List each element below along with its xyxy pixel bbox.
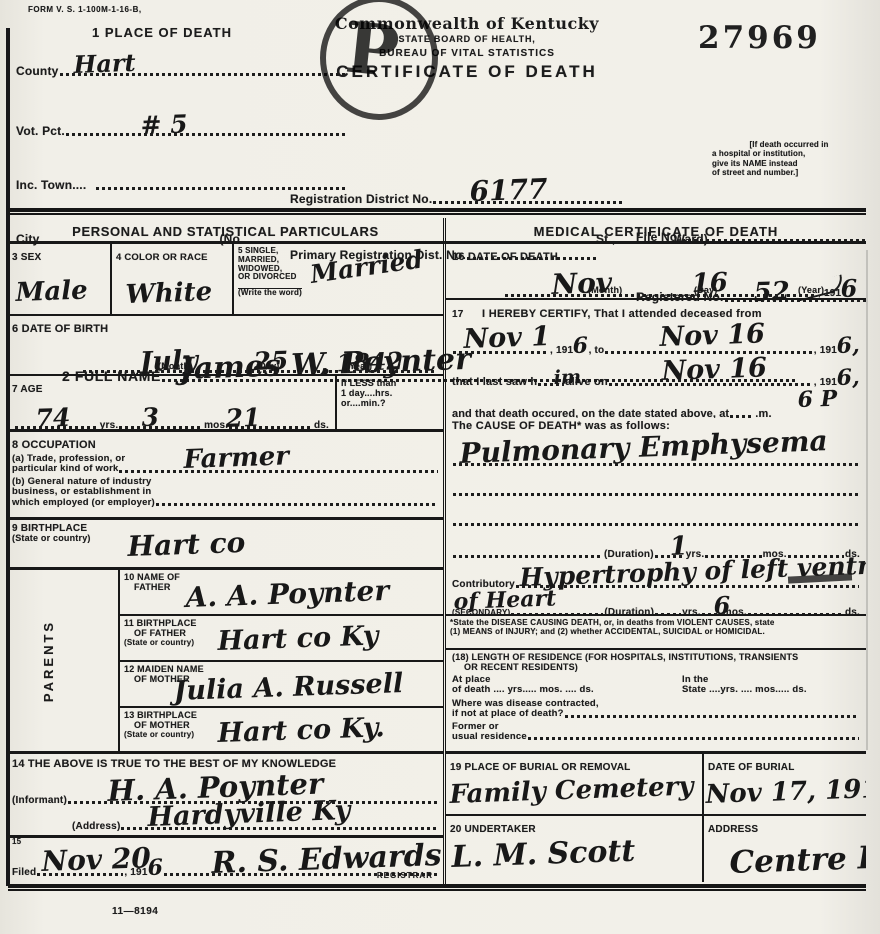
last-saw-line: that I last saw h alive on , 191 6, im N… bbox=[452, 370, 860, 388]
informant-label: (Informant) bbox=[12, 795, 67, 806]
death-certificate-scan: FORM V. S. 1-100M-1-16-B, 1 PLACE OF DEA… bbox=[0, 0, 880, 934]
contracted-line2: if not at place of death? bbox=[452, 709, 860, 719]
marital-label-5: (Write the word) bbox=[238, 288, 302, 298]
from-year-hw: 6 bbox=[573, 337, 589, 356]
contracted-dots bbox=[565, 715, 859, 718]
usual-residence-dots bbox=[528, 737, 859, 740]
county-field: County Hart bbox=[16, 54, 348, 78]
hospital-note-line1: [If death occurred in bbox=[712, 140, 866, 149]
registrar-label: REGISTRAR bbox=[377, 872, 433, 881]
occupation-a-field: particular kind of work Farmer bbox=[12, 464, 439, 474]
undertaker-address-value: Centre Ky bbox=[729, 844, 866, 876]
registrar-stamp: P bbox=[320, 0, 438, 120]
medical-title-row: MEDICAL CERTIFICATE OF DEATH bbox=[446, 218, 866, 244]
county-label: County bbox=[16, 65, 59, 78]
age-main-cell: 7 AGE yrs. mos. ds. 74 3 21 bbox=[8, 376, 335, 429]
dod-label: 16 DATE OF DEATH bbox=[452, 251, 558, 263]
dod-month-sublabel: (Month) bbox=[588, 286, 622, 296]
right-edge-line bbox=[866, 250, 868, 750]
saw-value: Nov 16 bbox=[661, 357, 767, 384]
age-line: yrs. mos. ds. 74 3 21 bbox=[14, 407, 329, 431]
occured-text: and that death occured, on the date stat… bbox=[452, 408, 729, 418]
certify-number: 17 bbox=[452, 309, 464, 320]
occupation-label: 8 OCCUPATION bbox=[12, 439, 96, 451]
age-label: 7 AGE bbox=[12, 384, 43, 395]
occupation-b-dots bbox=[156, 503, 438, 506]
mother-name-row: 12 MAIDEN NAME OF MOTHER Julia A. Russel… bbox=[120, 662, 443, 708]
plate-code: 11—8194 bbox=[112, 906, 158, 917]
birthplace-value: Hart co bbox=[127, 531, 246, 559]
parents-label: PARENTS bbox=[42, 619, 56, 701]
parents-side: PARENTS bbox=[8, 570, 118, 751]
cause-blank-dots-2 bbox=[453, 523, 859, 526]
father-name-value: A. A. Poynter bbox=[185, 579, 389, 610]
mother-birthplace-row: 13 BIRTHPLACE OF MOTHER (State or countr… bbox=[120, 708, 443, 752]
inc-town-label: Inc. Town.... bbox=[16, 179, 86, 192]
saw-him-hw: im bbox=[553, 369, 581, 386]
occupation-a-line2: particular kind of work bbox=[12, 464, 118, 474]
filed-field: Filed , 191 6 Nov 20 R. S. Edwards bbox=[12, 858, 439, 878]
medical-title: MEDICAL CERTIFICATE OF DEATH bbox=[534, 224, 779, 239]
age-mos-dots bbox=[119, 426, 203, 429]
dob-year-sublabel: (Year) bbox=[346, 362, 372, 372]
registration-district-value: 6177 bbox=[469, 177, 548, 204]
cause-blank-line-2 bbox=[452, 522, 860, 528]
informant-address-field: (Address) Hardyville Ky bbox=[72, 814, 437, 832]
birthplace-row: 9 BIRTHPLACE (State or country) Hart co bbox=[8, 520, 443, 570]
undertaker-cell: 20 UNDERTAKER L. M. Scott bbox=[446, 816, 704, 882]
attestation-label: 14 THE ABOVE IS TRUE TO THE BEST OF MY K… bbox=[12, 758, 439, 770]
informant-address-label: (Address) bbox=[72, 821, 120, 832]
place-of-death-label: 1 PLACE OF DEATH bbox=[92, 26, 232, 40]
cause-block: The CAUSE OF DEATH* was as follows: Pulm… bbox=[446, 418, 866, 616]
informant-address-value: Hardyville Ky bbox=[147, 800, 350, 830]
burial-date-value: Nov 17, 1916 bbox=[705, 777, 866, 806]
race-label: 4 COLOR OR RACE bbox=[116, 252, 208, 263]
age-note-cell: If LESS than 1 day....hrs. or....min.? bbox=[335, 376, 443, 429]
dob-day-sublabel: (Day) bbox=[256, 362, 280, 372]
death-occured-line: and that death occured, on the date stat… bbox=[452, 402, 860, 418]
occupation-a-value: Farmer bbox=[183, 445, 289, 471]
certify-text: I HEREBY CERTIFY, That I attended deceas… bbox=[482, 308, 762, 320]
contributory-value2: of Heart bbox=[453, 590, 556, 612]
footnote-block: *State the DISEASE CAUSING DEATH, or, in… bbox=[446, 616, 866, 650]
marital-cell: 5 SINGLE, MARRIED, WIDOWED, OR DIVORCED … bbox=[234, 244, 443, 314]
sex-cell: 3 SEX Male bbox=[8, 244, 112, 314]
attended-line: , 191 6 , to , 191 6, Nov 1 Nov 16 bbox=[452, 338, 860, 356]
undertaker-value: L. M. Scott bbox=[451, 838, 636, 870]
residence-block: (18) LENGTH OF RESIDENCE (FOR HOSPITALS,… bbox=[446, 650, 866, 754]
undertaker-address-label: ADDRESS bbox=[708, 824, 758, 835]
from-year-printed: , 191 bbox=[550, 345, 573, 356]
age-days-value: 21 bbox=[225, 407, 261, 429]
occupation-b-line3: which employed (or employer) bbox=[12, 498, 155, 508]
age-row: 7 AGE yrs. mos. ds. 74 3 21 If LESS tha bbox=[8, 376, 443, 432]
age-yrs-label: yrs. bbox=[100, 420, 119, 431]
saw-year-hw: 6, bbox=[836, 369, 860, 388]
hospital-note-line3: give its NAME instead bbox=[712, 159, 866, 168]
undertaker-row: 20 UNDERTAKER L. M. Scott ADDRESS Centre… bbox=[446, 816, 866, 882]
residence-label-2: OR RECENT RESIDENTS) bbox=[464, 663, 860, 673]
vot-pct-dotted-line bbox=[66, 133, 347, 136]
duration1-yrs-value: 1 bbox=[669, 535, 688, 558]
stamp-letter: P bbox=[342, 5, 403, 93]
father-name-row: 10 NAME OF FATHER A. A. Poynter bbox=[120, 570, 443, 616]
saw-pre: that I last saw h bbox=[452, 376, 537, 388]
bottom-rule bbox=[8, 884, 866, 891]
county-value: Hart bbox=[73, 52, 136, 75]
burial-date-label: DATE OF BURIAL bbox=[708, 762, 795, 773]
parents-content: 10 NAME OF FATHER A. A. Poynter 11 BIRTH… bbox=[118, 570, 443, 751]
to-label: , to bbox=[589, 345, 605, 356]
personal-column: PERSONAL AND STATISTICAL PARTICULARS 3 S… bbox=[8, 218, 446, 884]
dod-year-sublabel: (Year) bbox=[798, 286, 824, 296]
parents-block: PARENTS 10 NAME OF FATHER A. A. Poynter … bbox=[8, 570, 443, 754]
father-birthplace-row: 11 BIRTHPLACE OF FATHER (State or countr… bbox=[120, 616, 443, 662]
vot-pct-field: Vot. Pct. # 5 bbox=[16, 114, 348, 138]
filed-number: 15 bbox=[12, 838, 21, 847]
burial-date-cell: DATE OF BURIAL Nov 17, 1916 bbox=[704, 754, 866, 814]
undertaker-address-cell: ADDRESS Centre Ky bbox=[704, 816, 866, 882]
mother-birthplace-value: Hart co Ky. bbox=[217, 717, 385, 746]
dob-row: 6 DATE OF BIRTH July 25 , 1842 (Month) (… bbox=[8, 316, 443, 376]
age-months-value: 3 bbox=[141, 406, 159, 428]
age-ds-label: ds. bbox=[314, 420, 329, 431]
certificate-serial-number: 27969 bbox=[698, 20, 821, 56]
race-cell: 4 COLOR OR RACE White bbox=[112, 244, 234, 314]
age-mos-label: mos. bbox=[204, 420, 228, 431]
footnote-line2: (1) MEANS of INJURY; and (2) whether ACC… bbox=[450, 628, 862, 637]
dod-day-sublabel: (Day) bbox=[694, 286, 718, 296]
mother-name-value: Julia A. Russell bbox=[173, 673, 403, 704]
occured-time-hw: 6 P bbox=[798, 390, 838, 410]
former-line2: usual residence bbox=[452, 732, 860, 742]
personal-title: PERSONAL AND STATISTICAL PARTICULARS bbox=[72, 224, 379, 239]
cause-blank-line-1 bbox=[452, 492, 860, 498]
registration-district-field: Registration District No. 6177 bbox=[290, 180, 626, 206]
header-divider-rule bbox=[8, 208, 866, 215]
burial-place-cell: 19 PLACE OF BURIAL OR REMOVAL Family Cem… bbox=[446, 754, 704, 814]
filed-label: Filed bbox=[12, 867, 36, 878]
form-number: FORM V. S. 1-100M-1-16-B, bbox=[28, 6, 142, 15]
certify-block: 17 I HEREBY CERTIFY, That I attended dec… bbox=[446, 300, 866, 418]
cause-value-line: Pulmonary Emphysema bbox=[452, 454, 860, 468]
vot-pct-value: # 5 bbox=[140, 113, 188, 136]
in-the-line2: State ....yrs. .... mos..... ds. bbox=[682, 685, 860, 695]
contracted-question: if not at place of death? bbox=[452, 709, 564, 719]
attestation-row: 14 THE ABOVE IS TRUE TO THE BEST OF MY K… bbox=[8, 754, 443, 838]
duration2-ds: ds. bbox=[845, 607, 860, 616]
to-value: Nov 16 bbox=[659, 323, 765, 350]
sex-value: Male bbox=[15, 279, 88, 304]
age-note-line3: or....min.? bbox=[341, 399, 439, 409]
usual-residence-label: usual residence bbox=[452, 732, 527, 742]
to-year-hw: 6, bbox=[836, 337, 860, 356]
burial-place-label: 19 PLACE OF BURIAL OR REMOVAL bbox=[450, 762, 630, 773]
occupation-b-field: which employed (or employer) bbox=[12, 498, 439, 508]
at-place-line2: of death .... yrs..... mos. .... ds. bbox=[452, 685, 682, 695]
occured-m: .m. bbox=[755, 408, 772, 418]
hospital-note-line4: of street and number.] bbox=[712, 168, 866, 177]
filed-date-value: Nov 20 bbox=[41, 846, 151, 874]
cause-value: Pulmonary Emphysema bbox=[459, 429, 828, 466]
dod-year-hw: 6 bbox=[841, 278, 858, 299]
certificate-body: PERSONAL AND STATISTICAL PARTICULARS 3 S… bbox=[8, 218, 866, 884]
sex-race-marital-row: 3 SEX Male 4 COLOR OR RACE White 5 SINGL… bbox=[8, 244, 443, 316]
hospital-note: [If death occurred in a hospital or inst… bbox=[712, 140, 866, 178]
date-of-death-row: 16 DATE OF DEATH , 191 6 Nov 16 (Month) … bbox=[446, 244, 866, 300]
from-value: Nov 1 bbox=[463, 326, 550, 352]
registration-district-label: Registration District No. bbox=[290, 193, 432, 206]
duration1-lead-dots bbox=[453, 555, 603, 558]
age-years-value: 74 bbox=[35, 407, 71, 429]
certify-line1: 17 I HEREBY CERTIFY, That I attended dec… bbox=[452, 304, 860, 322]
vot-pct-label: Vot. Pct. bbox=[16, 125, 65, 138]
filed-row: 15 Filed , 191 6 Nov 20 R. S. Edwards RE… bbox=[8, 838, 443, 882]
hospital-note-line2: a hospital or institution, bbox=[712, 149, 866, 158]
burial-row: 19 PLACE OF BURIAL OR REMOVAL Family Cem… bbox=[446, 754, 866, 816]
undertaker-label: 20 UNDERTAKER bbox=[450, 824, 536, 835]
burial-place-value: Family Cemetery bbox=[449, 775, 694, 806]
dob-month-sublabel: (Month) bbox=[158, 362, 192, 372]
sex-label: 3 SEX bbox=[12, 252, 41, 263]
dob-label: 6 DATE OF BIRTH bbox=[12, 323, 108, 335]
to-year-printed: , 191 bbox=[814, 345, 837, 356]
medical-column: MEDICAL CERTIFICATE OF DEATH 16 DATE OF … bbox=[446, 218, 866, 884]
cause-blank-dots-1 bbox=[453, 493, 859, 496]
occupation-row: 8 OCCUPATION (a) Trade, profession, or p… bbox=[8, 432, 443, 520]
race-value: White bbox=[125, 281, 212, 306]
personal-title-row: PERSONAL AND STATISTICAL PARTICULARS bbox=[8, 218, 443, 244]
father-birthplace-value: Hart co Ky bbox=[217, 625, 379, 654]
